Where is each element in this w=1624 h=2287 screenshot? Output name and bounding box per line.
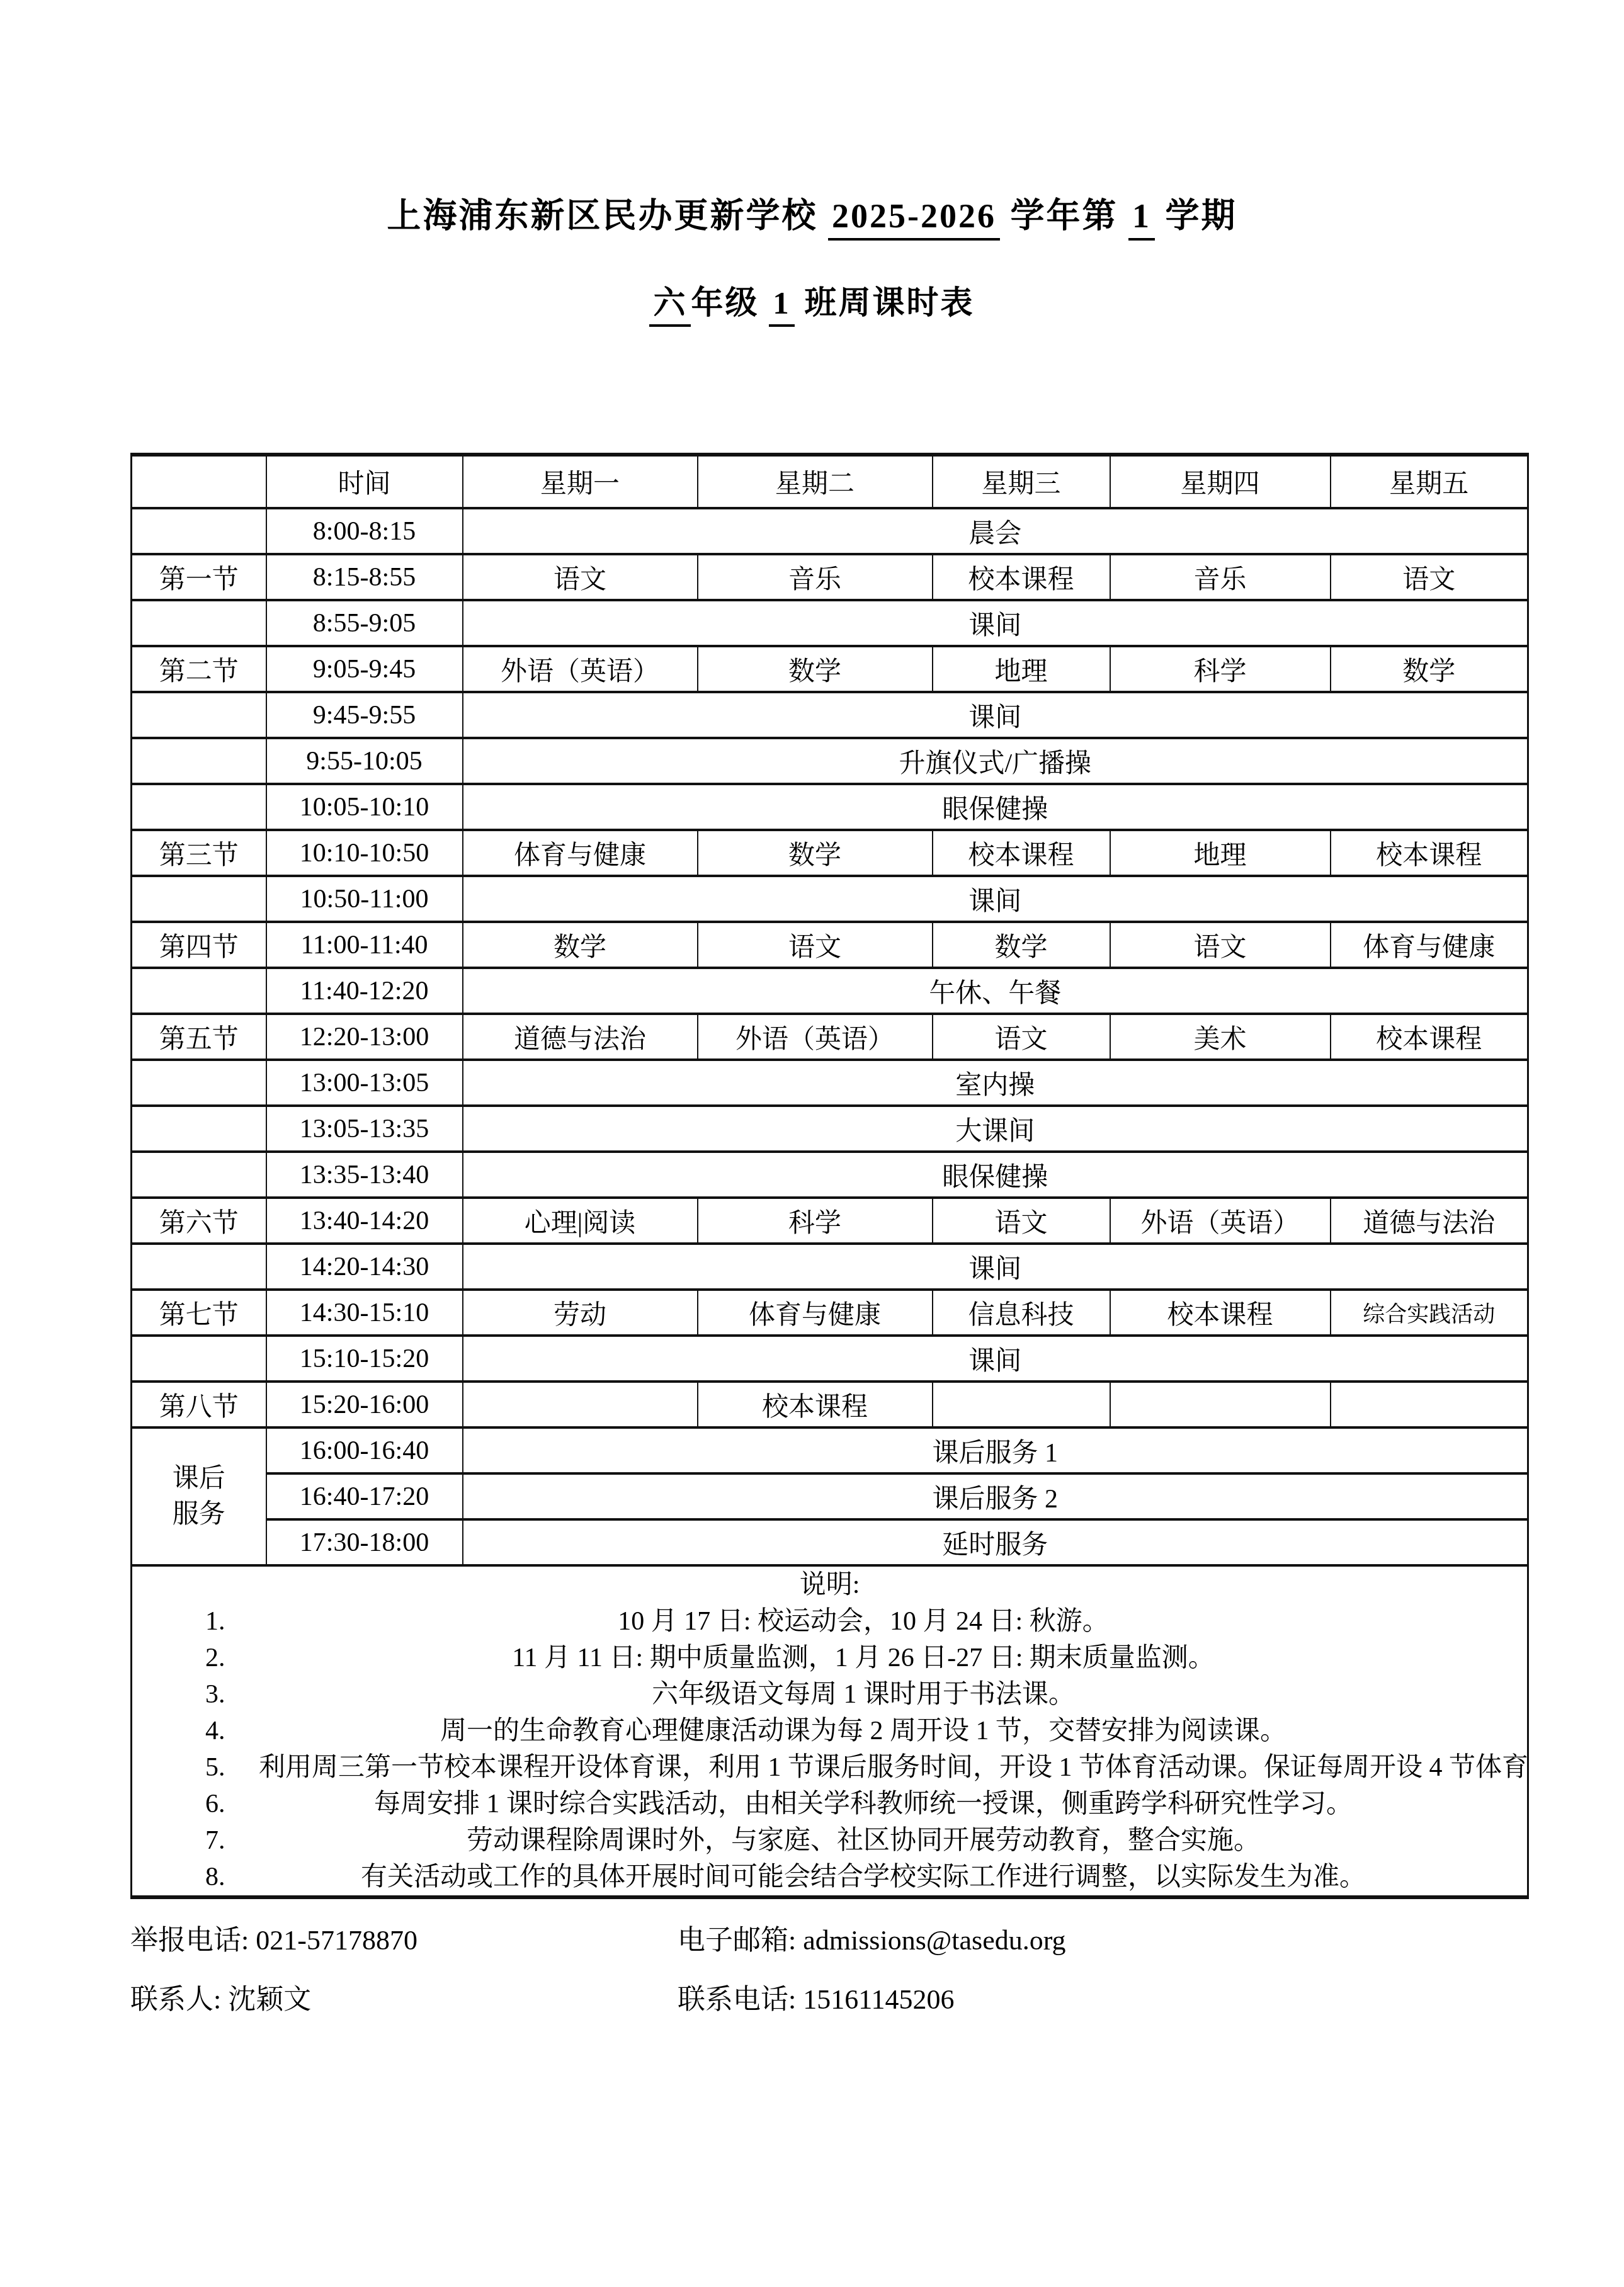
timetable-row: 第八节15:20-16:00校本课程 [132,1382,1528,1427]
title-segment: 上海浦东新区民办更新学校 [387,197,829,235]
merged-activity-cell: 课间 [463,600,1528,646]
subject-cell: 美术 [1110,1014,1331,1060]
title-segment: 学年第 [1000,197,1128,235]
note-item: 1.10 月 17 日: 校运动会，10 月 24 日: 秋游。 [135,1603,1525,1640]
time-cell: 9:05-9:45 [266,646,463,692]
subject-cell: 音乐 [698,554,933,600]
time-cell: 14:30-15:10 [266,1290,463,1336]
merged-activity-cell: 课后服务 2 [463,1473,1528,1519]
timetable-row: 第五节12:20-13:00道德与法治外语（英语）语文美术校本课程 [132,1014,1528,1060]
period-cell: 第一节 [132,554,266,600]
note-text: 11 月 11 日: 期中质量监测，1 月 26 日-27 日: 期末质量监测。 [259,1640,1468,1676]
header-cell: 星期二 [698,455,933,508]
subject-cell: 数学 [1331,646,1528,692]
merged-activity-cell: 室内操 [463,1060,1528,1106]
merged-activity-cell: 课间 [463,876,1528,922]
note-number: 1. [205,1603,259,1640]
document-page: 上海浦东新区民办更新学校 2025-2026 学年第 1 学期 六年级 1 班周… [0,0,1624,2287]
note-number: 5. [205,1749,259,1786]
timetable-row: 9:45-9:55课间 [132,692,1528,738]
time-cell: 9:55-10:05 [266,738,463,784]
subject-cell: 语文 [698,922,933,968]
time-cell: 15:10-15:20 [266,1336,463,1382]
note-item: 7.劳动课程除周课时外，与家庭、社区协同开展劳动教育，整合实施。 [135,1822,1525,1859]
subject-cell: 外语（英语） [1110,1198,1331,1244]
subject-cell: 校本课程 [1331,1014,1528,1060]
subject-cell-empty [933,1382,1110,1427]
subject-cell-empty [1110,1382,1331,1427]
merged-activity-cell: 大课间 [463,1106,1528,1152]
note-number: 6. [205,1786,259,1822]
timetable-row: 13:35-13:40眼保健操 [132,1152,1528,1198]
timetable-row: 15:10-15:20课间 [132,1336,1528,1382]
footer-line-2: 联系人: 沈颖文联系电话: 15161145206 [130,1982,1624,2017]
period-group-cell: 课后服务 [132,1427,266,1565]
notes-row: 说明:1.10 月 17 日: 校运动会，10 月 24 日: 秋游。2.11 … [132,1565,1528,1897]
time-cell: 12:20-13:00 [266,1014,463,1060]
subject-cell: 校本课程 [1110,1290,1331,1336]
note-text: 每周安排 1 课时综合实践活动，由相关学科教师统一授课，侧重跨学科研究性学习。 [259,1786,1468,1822]
note-item: 4.周一的生命教育心理健康活动课为每 2 周开设 1 节，交替安排为阅读课。 [135,1713,1525,1749]
note-item: 2.11 月 11 日: 期中质量监测，1 月 26 日-27 日: 期末质量监… [135,1640,1525,1676]
timetable-row: 16:40-17:20课后服务 2 [132,1473,1528,1519]
period-cell-empty [132,508,266,554]
note-text: 有关活动或工作的具体开展时间可能会结合学校实际工作进行调整，以实际发生为准。 [259,1859,1468,1895]
timetable-row: 8:00-8:15晨会 [132,508,1528,554]
notes-cell: 说明:1.10 月 17 日: 校运动会，10 月 24 日: 秋游。2.11 … [132,1565,1528,1897]
timetable-row: 17:30-18:00延时服务 [132,1519,1528,1565]
header-cell: 星期五 [1331,455,1528,508]
period-cell: 第七节 [132,1290,266,1336]
period-cell-empty [132,600,266,646]
timetable-row: 9:55-10:05升旗仪式/广播操 [132,738,1528,784]
subject-cell: 语文 [1110,922,1331,968]
page-title: 上海浦东新区民办更新学校 2025-2026 学年第 1 学期 [0,0,1624,237]
footer-field: 联系人: 沈颖文 [130,1982,678,2017]
time-cell: 16:40-17:20 [266,1473,463,1519]
note-text: 劳动课程除周课时外，与家庭、社区协同开展劳动教育，整合实施。 [259,1822,1468,1859]
subject-cell: 校本课程 [698,1382,933,1427]
merged-activity-cell: 升旗仪式/广播操 [463,738,1528,784]
merged-activity-cell: 眼保健操 [463,784,1528,830]
period-cell-empty [132,784,266,830]
merged-activity-cell: 课后服务 1 [463,1427,1528,1473]
subtitle-segment: 1 [769,286,795,327]
time-cell: 17:30-18:00 [266,1519,463,1565]
subject-cell: 体育与健康 [1331,922,1528,968]
merged-activity-cell: 延时服务 [463,1519,1528,1565]
timetable-row: 课后服务16:00-16:40课后服务 1 [132,1427,1528,1473]
note-number: 7. [205,1822,259,1859]
title-segment: 学期 [1155,197,1237,235]
time-cell: 13:00-13:05 [266,1060,463,1106]
subject-cell: 道德与法治 [463,1014,698,1060]
subject-cell: 外语（英语） [463,646,698,692]
period-cell: 第六节 [132,1198,266,1244]
period-cell-empty [132,1244,266,1290]
merged-activity-cell: 晨会 [463,508,1528,554]
timetable-row: 第七节14:30-15:10劳动体育与健康信息科技校本课程综合实践活动 [132,1290,1528,1336]
timetable-row: 10:05-10:10眼保健操 [132,784,1528,830]
footer-field: 电子邮箱: admissions@tasedu.org [678,1923,1066,1958]
note-item: 6.每周安排 1 课时综合实践活动，由相关学科教师统一授课，侧重跨学科研究性学习… [135,1786,1525,1822]
period-cell: 第四节 [132,922,266,968]
subject-cell: 体育与健康 [698,1290,933,1336]
timetable-row: 10:50-11:00课间 [132,876,1528,922]
title-segment: 2025-2026 [828,197,1000,241]
subject-cell: 语文 [1331,554,1528,600]
time-cell: 14:20-14:30 [266,1244,463,1290]
note-number: 8. [205,1859,259,1895]
subject-cell: 劳动 [463,1290,698,1336]
period-cell: 第八节 [132,1382,266,1427]
subject-cell: 体育与健康 [463,830,698,876]
subject-cell: 地理 [933,646,1110,692]
time-cell: 11:40-12:20 [266,968,463,1014]
period-cell: 第五节 [132,1014,266,1060]
merged-activity-cell: 午休、午餐 [463,968,1528,1014]
header-cell-empty [132,455,266,508]
time-cell: 8:55-9:05 [266,600,463,646]
subject-cell: 心理|阅读 [463,1198,698,1244]
footer-field: 举报电话: 021-57178870 [130,1923,678,1958]
note-text: 10 月 17 日: 校运动会，10 月 24 日: 秋游。 [259,1603,1468,1640]
note-number: 4. [205,1713,259,1749]
merged-activity-cell: 眼保健操 [463,1152,1528,1198]
notes-label: 说明: [135,1567,1525,1603]
header-cell: 星期三 [933,455,1110,508]
period-cell-empty [132,692,266,738]
subject-cell-empty [463,1382,698,1427]
merged-activity-cell: 课间 [463,1244,1528,1290]
note-item: 8.有关活动或工作的具体开展时间可能会结合学校实际工作进行调整，以实际发生为准。 [135,1859,1525,1895]
subtitle-segment: 六 [649,286,691,327]
subject-cell-empty [1331,1382,1528,1427]
time-cell: 8:15-8:55 [266,554,463,600]
subject-cell: 语文 [463,554,698,600]
time-cell: 16:00-16:40 [266,1427,463,1473]
time-cell: 10:05-10:10 [266,784,463,830]
period-cell-empty [132,738,266,784]
subject-cell: 外语（英语） [698,1014,933,1060]
note-text: 六年级语文每周 1 课时用于书法课。 [259,1676,1468,1713]
footer-field: 联系电话: 15161145206 [678,1982,955,2017]
timetable-row: 第六节13:40-14:20心理|阅读科学语文外语（英语）道德与法治 [132,1198,1528,1244]
timetable-row: 第二节9:05-9:45外语（英语）数学地理科学数学 [132,646,1528,692]
subject-cell: 信息科技 [933,1290,1110,1336]
note-item: 3.六年级语文每周 1 课时用于书法课。 [135,1676,1525,1713]
subject-cell: 校本课程 [1331,830,1528,876]
subject-cell: 校本课程 [933,830,1110,876]
subject-cell: 校本课程 [933,554,1110,600]
time-cell: 8:00-8:15 [266,508,463,554]
subject-cell: 数学 [698,646,933,692]
note-item: 5.利用周三第一节校本课程开设体育课，利用 1 节课后服务时间，开设 1 节体育… [135,1749,1525,1786]
period-cell: 第三节 [132,830,266,876]
note-text: 周一的生命教育心理健康活动课为每 2 周开设 1 节，交替安排为阅读课。 [259,1713,1468,1749]
period-cell: 第二节 [132,646,266,692]
time-cell: 13:05-13:35 [266,1106,463,1152]
merged-activity-cell: 课间 [463,1336,1528,1382]
time-cell: 13:35-13:40 [266,1152,463,1198]
subject-cell: 数学 [463,922,698,968]
period-cell-empty [132,968,266,1014]
header-cell: 星期四 [1110,455,1331,508]
time-cell: 10:50-11:00 [266,876,463,922]
merged-activity-cell: 课间 [463,692,1528,738]
subject-cell: 数学 [698,830,933,876]
period-cell-empty [132,1106,266,1152]
footer-line-1: 举报电话: 021-57178870电子邮箱: admissions@tased… [130,1923,1624,1958]
time-cell: 13:40-14:20 [266,1198,463,1244]
subject-cell: 道德与法治 [1331,1198,1528,1244]
timetable: 时间星期一星期二星期三星期四星期五8:00-8:15晨会第一节8:15-8:55… [130,453,1529,1899]
timetable-header-row: 时间星期一星期二星期三星期四星期五 [132,455,1528,508]
timetable-row: 第四节11:00-11:40数学语文数学语文体育与健康 [132,922,1528,968]
header-cell: 时间 [266,455,463,508]
period-cell-empty [132,876,266,922]
subtitle-segment: 班周课时表 [795,286,975,321]
time-cell: 15:20-16:00 [266,1382,463,1427]
subject-cell: 科学 [698,1198,933,1244]
subject-cell: 地理 [1110,830,1331,876]
page-subtitle: 六年级 1 班周课时表 [0,237,1624,323]
period-cell-empty [132,1336,266,1382]
subject-cell: 语文 [933,1014,1110,1060]
timetable-row: 第三节10:10-10:50体育与健康数学校本课程地理校本课程 [132,830,1528,876]
time-cell: 11:00-11:40 [266,922,463,968]
time-cell: 9:45-9:55 [266,692,463,738]
header-cell: 星期一 [463,455,698,508]
subject-cell: 科学 [1110,646,1331,692]
subject-cell: 数学 [933,922,1110,968]
timetable-row: 11:40-12:20午休、午餐 [132,968,1528,1014]
subject-cell: 音乐 [1110,554,1331,600]
timetable-row: 第一节8:15-8:55语文音乐校本课程音乐语文 [132,554,1528,600]
title-segment: 1 [1128,197,1155,241]
period-cell-empty [132,1060,266,1106]
note-number: 2. [205,1640,259,1676]
timetable-row: 8:55-9:05课间 [132,600,1528,646]
subtitle-segment: 年级 [691,286,769,321]
period-cell-empty [132,1152,266,1198]
timetable-body: 时间星期一星期二星期三星期四星期五8:00-8:15晨会第一节8:15-8:55… [132,455,1528,1897]
subject-cell: 综合实践活动 [1331,1290,1528,1336]
timetable-row: 14:20-14:30课间 [132,1244,1528,1290]
subject-cell: 语文 [933,1198,1110,1244]
timetable-row: 13:00-13:05室内操 [132,1060,1528,1106]
note-number: 3. [205,1676,259,1713]
timetable-row: 13:05-13:35大课间 [132,1106,1528,1152]
note-text: 利用周三第一节校本课程开设体育课，利用 1 节课后服务时间，开设 1 节体育活动… [259,1749,1468,1786]
time-cell: 10:10-10:50 [266,830,463,876]
